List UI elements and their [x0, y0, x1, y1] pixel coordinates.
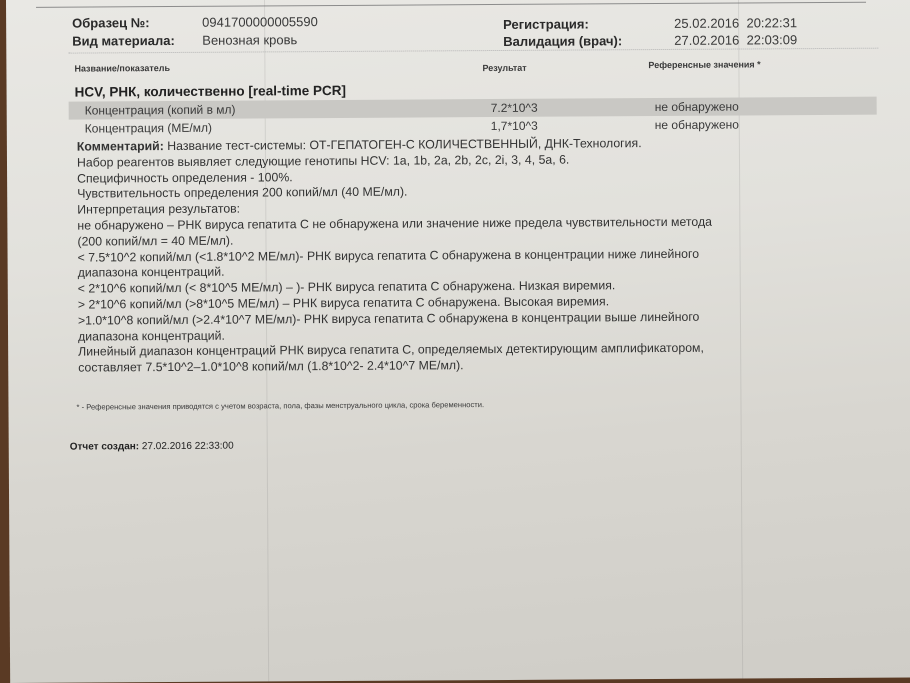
row-result: 7.2*10^3: [491, 101, 538, 115]
report-created-label: Отчет создан:: [70, 441, 139, 452]
validation: Валидация (врач):27.02.2016 22:03:09: [503, 32, 797, 49]
row-name: Концентрация (копий в мл): [85, 103, 236, 118]
comment-block: Комментарий: Название тест-системы: ОТ-Г…: [77, 135, 838, 377]
table-row: Концентрация (МЕ/мл) 1,7*10^3 не обнаруж…: [69, 115, 877, 138]
material-type-value: Венозная кровь: [202, 32, 297, 48]
row-result: 1,7*10^3: [491, 119, 538, 133]
report-created-value: 27.02.2016 22:33:00: [139, 441, 234, 453]
row-reference: не обнаружено: [655, 118, 739, 133]
comment-line: Название тест-системы: ОТ-ГЕПАТОГЕН-С КО…: [164, 136, 642, 153]
material-type-label: Вид материала:: [72, 33, 202, 49]
registration: Регистрация:25.02.2016 20:22:31: [503, 15, 797, 32]
registration-value: 25.02.2016 20:22:31: [674, 15, 797, 31]
registration-label: Регистрация:: [503, 16, 674, 32]
material-type: Вид материала:Венозная кровь: [72, 32, 297, 48]
column-header-result: Результат: [482, 63, 526, 73]
comment-line: составляет 7.5*10^2–1.0*10^8 копий/мл (1…: [78, 356, 838, 376]
report-created: Отчет создан: 27.02.2016 22:33:00: [70, 441, 234, 453]
lab-report-page: Образец №:0941700000005590 Вид материала…: [6, 0, 910, 683]
validation-label: Валидация (врач):: [503, 33, 674, 49]
sample-number: Образец №:0941700000005590: [72, 14, 318, 31]
row-name: Концентрация (МЕ/мл): [85, 121, 212, 136]
reference-footnote: * - Референсные значения приводятся с уч…: [76, 400, 484, 411]
validation-value: 27.02.2016 22:03:09: [674, 32, 797, 48]
sample-number-value: 0941700000005590: [202, 14, 318, 30]
test-title: HCV, РНК, количественно [real-time PCR]: [75, 83, 346, 100]
row-reference: не обнаружено: [655, 100, 739, 115]
header-divider: [68, 48, 878, 54]
top-divider: [36, 2, 866, 8]
sample-number-label: Образец №:: [72, 15, 202, 31]
column-header-name: Название/показатель: [74, 63, 170, 74]
column-header-reference: Референсные значения *: [648, 59, 760, 70]
comment-label: Комментарий:: [77, 139, 164, 154]
